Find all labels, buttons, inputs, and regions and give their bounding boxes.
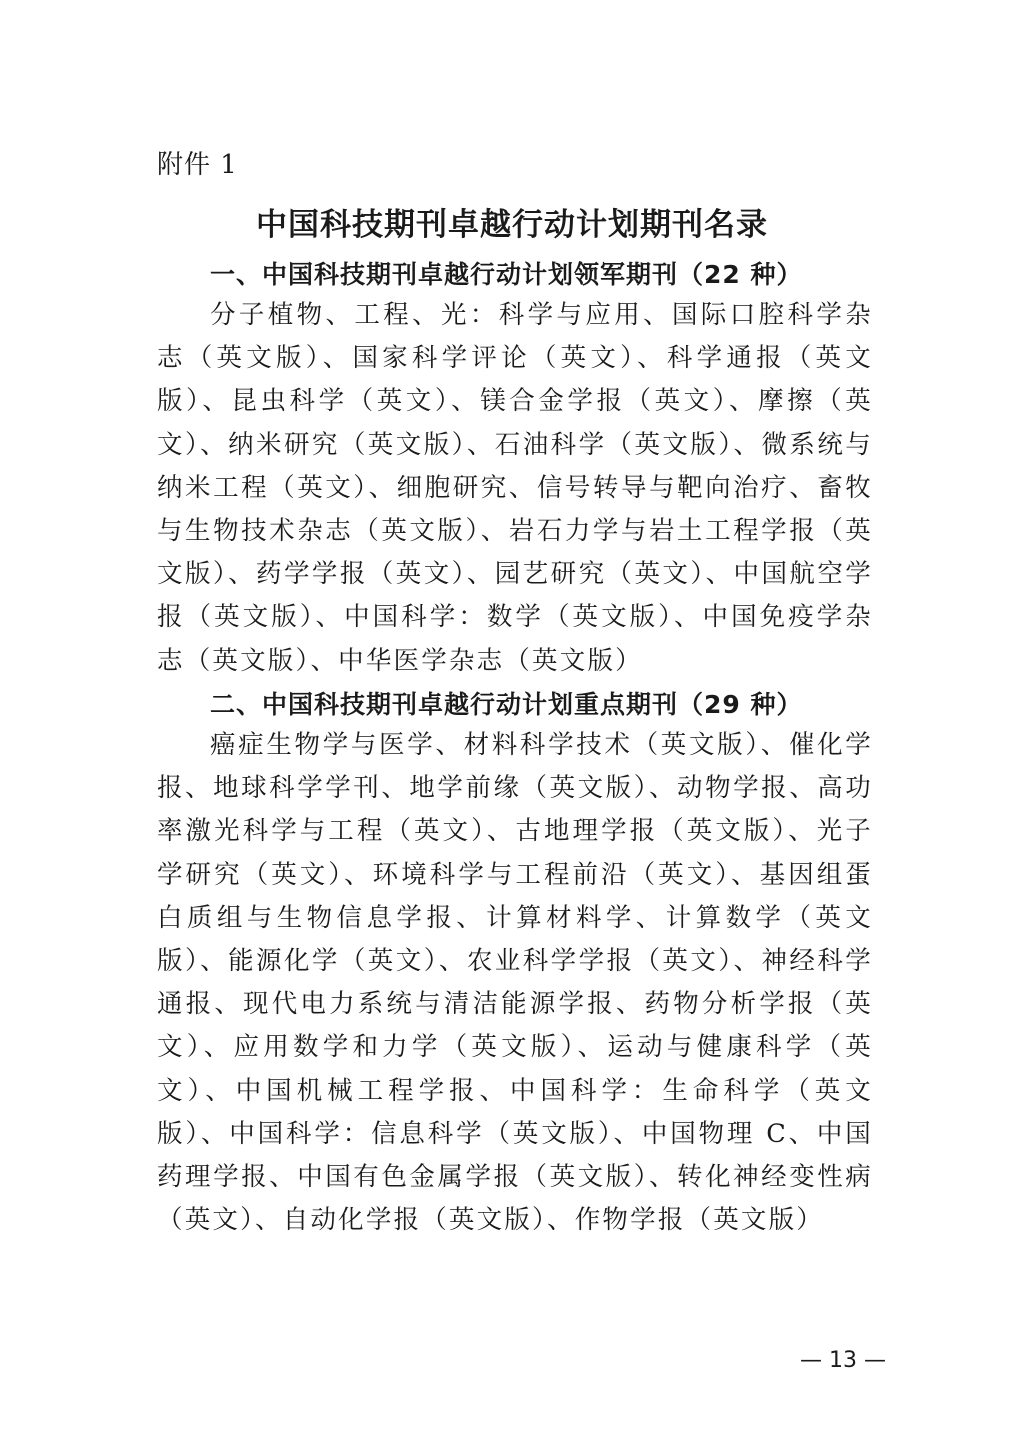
document-title: 中国科技期刊卓越行动计划期刊名录 xyxy=(0,203,1024,247)
section-body-key-journals: 癌症生物学与医学、材料科学技术（英文版）、催化学报、地球科学学刊、地学前缘（英文… xyxy=(157,724,873,1242)
section-body-leading-journals: 分子植物、工程、光：科学与应用、国际口腔科学杂志（英文版）、国家科学评论（英文）… xyxy=(157,294,873,683)
section-heading-key-journals: 二、中国科技期刊卓越行动计划重点期刊（29 种） xyxy=(210,688,803,722)
attachment-label: 附件 1 xyxy=(157,148,238,182)
document-page: 附件 1 中国科技期刊卓越行动计划期刊名录 一、中国科技期刊卓越行动计划领军期刊… xyxy=(0,0,1024,1448)
section-heading-leading-journals: 一、中国科技期刊卓越行动计划领军期刊（22 种） xyxy=(210,258,803,292)
page-number: — 13 — xyxy=(800,1346,886,1376)
